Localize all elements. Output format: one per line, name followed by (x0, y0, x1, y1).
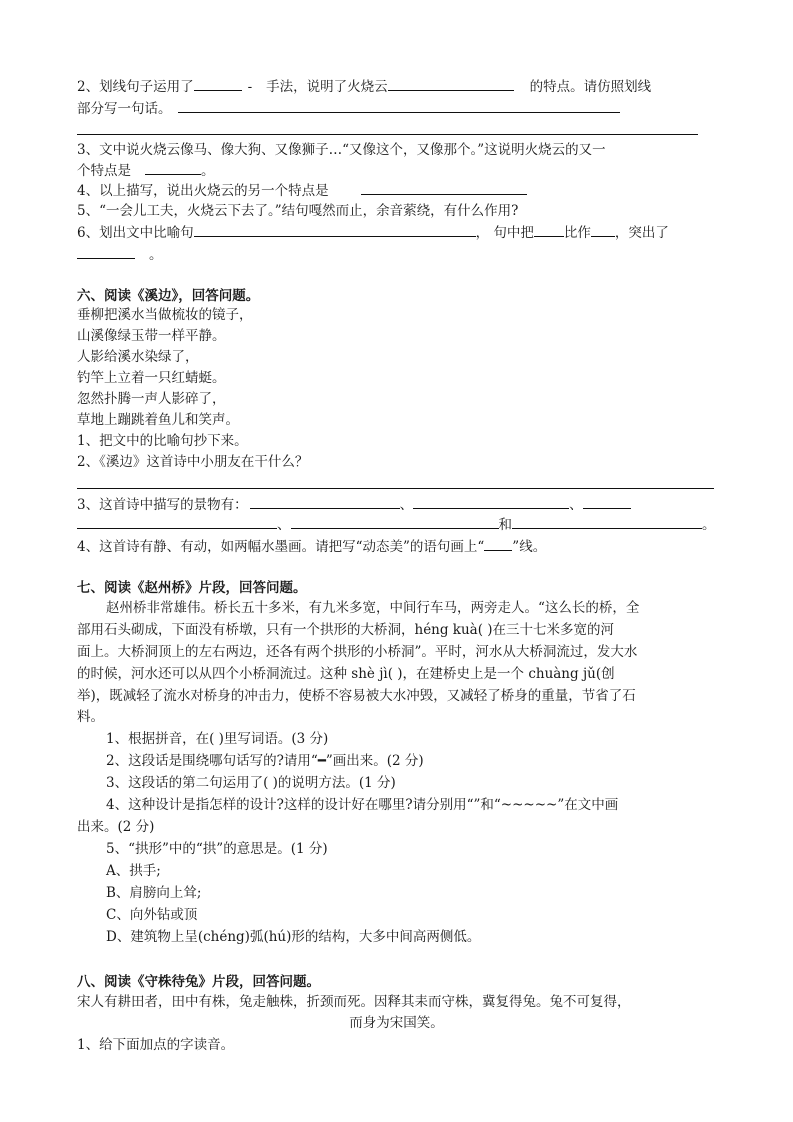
answer-blank[interactable] (591, 222, 615, 237)
question-text: ， 句中把 (476, 225, 534, 241)
answer-blank[interactable] (194, 222, 476, 237)
answer-blank[interactable] (413, 494, 569, 509)
poem-line: 山溪像绿玉带一样平静。 (77, 326, 226, 346)
punct: 。 (201, 163, 215, 179)
question-text: 的特点。请仿照划线 (530, 79, 652, 95)
passage-line: 宋人有耕田者，田中有株，兔走触株，折颈而死。因释其耒而守株，冀复得兔。兔不可复得… (77, 992, 631, 1012)
question-5-5: 5、“一会儿工夫，火烧云下去了。”结句嘎然而止，余音萦绕，有什么作用? (77, 201, 518, 221)
section-8-heading: 八、阅读《守株待兔》片段，回答问题。 (77, 972, 320, 992)
answer-blank[interactable] (145, 160, 201, 175)
question-6-3: 3、这首诗中描写的景物有：、、 (77, 494, 631, 514)
answer-blank[interactable] (250, 494, 400, 509)
section-7-heading: 七、阅读《赵州桥》片段，回答问题。 (77, 578, 307, 598)
punct: 。 (149, 247, 163, 263)
option-d: D、建筑物上呈(chéng)弧(hú)形的结构，大多中间高两侧低。 (106, 927, 480, 947)
answer-blank[interactable] (361, 180, 527, 195)
answer-blank[interactable] (77, 514, 277, 529)
question-7-3: 3、这段话的第二句运用了( )的说明方法。(1 分) (106, 773, 396, 793)
option-a: A、拱手; (106, 861, 161, 881)
answer-blank[interactable] (484, 536, 512, 551)
poem-line: 钓竿上立着一只红蜻蜓。 (77, 368, 226, 388)
question-text: 4、以上描写，说出火烧云的另一个特点是 (77, 183, 329, 199)
question-text: 5、“一会儿工夫，火烧云下去了。”结句嘎然而止，余音萦绕，有什么作用? (77, 203, 518, 219)
answer-blank[interactable] (178, 98, 620, 113)
punct: 、 (277, 517, 291, 533)
question-6-3-cont: 、和。 (77, 514, 716, 534)
question-5-3: 3、文中说火烧云像马、像大狗、又像狮子…“又像这个，又像那个。”这说明火烧云的又… (77, 140, 606, 160)
poem-line: 草地上蹦跳着鱼儿和笑声。 (77, 410, 239, 430)
question-text: 和 (499, 517, 513, 533)
passage-line: 料。 (77, 707, 104, 727)
answer-blank[interactable] (194, 76, 242, 91)
answer-blank[interactable] (512, 514, 702, 529)
question-text: 个特点是 (77, 163, 131, 179)
passage-line: 的时候，河水还可以从四个小桥洞流过。这种 shè jì( )，在建桥史上是一个 … (77, 664, 615, 684)
question-8-1: 1、给下面加点的字读音。 (77, 1035, 234, 1055)
punct: 。 (702, 517, 716, 533)
answer-blank[interactable] (534, 222, 564, 237)
answer-blank[interactable] (583, 494, 631, 509)
question-text: 6、划出文中比喻句 (77, 225, 194, 241)
option-b: B、肩膀向上耸; (106, 883, 201, 903)
answer-blank[interactable] (77, 244, 135, 259)
answer-blank[interactable] (388, 76, 514, 91)
punct: 、 (569, 497, 583, 513)
question-5-3-cont: 个特点是。 (77, 160, 215, 180)
exam-page: 2、划线句子运用了-手法，说明了火烧云的特点。请仿照划线 部分写一句话。 3、文… (0, 0, 793, 1122)
poem-line: 人影给溪水染绿了， (77, 347, 199, 367)
section-6-heading: 六、阅读《溪边》，回答问题。 (77, 286, 259, 306)
question-5-6-cont: 。 (77, 244, 163, 264)
question-6-4: 4、这首诗有静、有动，如两幅水墨画。请把写“动态美”的语句画上“”线。 (77, 536, 546, 556)
dash: - (248, 79, 253, 95)
question-text: 比作 (564, 225, 591, 241)
question-7-1: 1、根据拼音，在( )里写词语。(3 分) (106, 729, 328, 749)
option-c: C、向外钻或顶 (106, 905, 197, 925)
poem-line: 忽然扑腾一声人影碎了， (77, 389, 226, 409)
question-5-6: 6、划出文中比喻句， 句中把比作，突出了 (77, 222, 669, 242)
question-6-2: 2、《溪边》这首诗中小朋友在干什么？ (77, 452, 308, 472)
answer-line[interactable] (77, 134, 698, 135)
question-7-2: 2、这段话是围绕哪句话写的?请用“━”画出来。(2 分) (106, 751, 424, 771)
poem-line: 垂柳把溪水当做梳妆的镜子， (77, 305, 253, 325)
question-text: ，突出了 (615, 225, 669, 241)
punct: 、 (400, 497, 414, 513)
question-7-4-cont: 出来。(2 分) (77, 817, 154, 837)
question-text: 3、文中说火烧云像马、像大狗、又像狮子…“又像这个，又像那个。”这说明火烧云的又… (77, 142, 606, 158)
answer-line[interactable] (77, 488, 714, 489)
question-6-1: 1、把文中的比喻句抄下来。 (77, 431, 248, 451)
question-5-4: 4、以上描写，说出火烧云的另一个特点是 (77, 180, 527, 200)
question-5-2-cont: 部分写一句话。 (77, 98, 620, 118)
question-text: 2、划线句子运用了 (77, 79, 194, 95)
question-text: 3、这首诗中描写的景物有： (77, 497, 248, 513)
question-7-4: 4、这种设计是指怎样的设计?这样的设计好在哪里?请分别用“”和“~~~~~”在文… (106, 795, 618, 815)
answer-blank[interactable] (291, 514, 499, 529)
question-7-5: 5、“拱形”中的“拱”的意思是。(1 分) (106, 839, 328, 859)
question-text: ”线。 (512, 539, 546, 555)
passage-line: 而身为宋国笑。 (0, 1013, 793, 1033)
question-text: 4、这首诗有静、有动，如两幅水墨画。请把写“动态美”的语句画上“ (77, 539, 484, 555)
question-text: 手法，说明了火烧云 (266, 79, 388, 95)
passage-line: 部用石头砌成，下面没有桥墩，只有一个拱形的大桥洞，héng kuà( )在三十七… (77, 620, 614, 640)
passage-line: 赵州桥非常雄伟。桥长五十多米，有九米多宽，中间行车马，两旁走人。“这么长的桥，全 (106, 598, 639, 618)
question-5-2: 2、划线句子运用了-手法，说明了火烧云的特点。请仿照划线 (77, 76, 651, 96)
passage-line: 面上。大桥洞顶上的左右两边，还各有两个拱形的小桥洞”。平时，河水从大桥洞流过，发… (77, 642, 637, 662)
question-text: 部分写一句话。 (77, 101, 172, 117)
passage-line: 举)，既减轻了流水对桥身的冲击力，使桥不容易被大水冲毁，又减轻了桥身的重量，节省… (77, 686, 636, 706)
